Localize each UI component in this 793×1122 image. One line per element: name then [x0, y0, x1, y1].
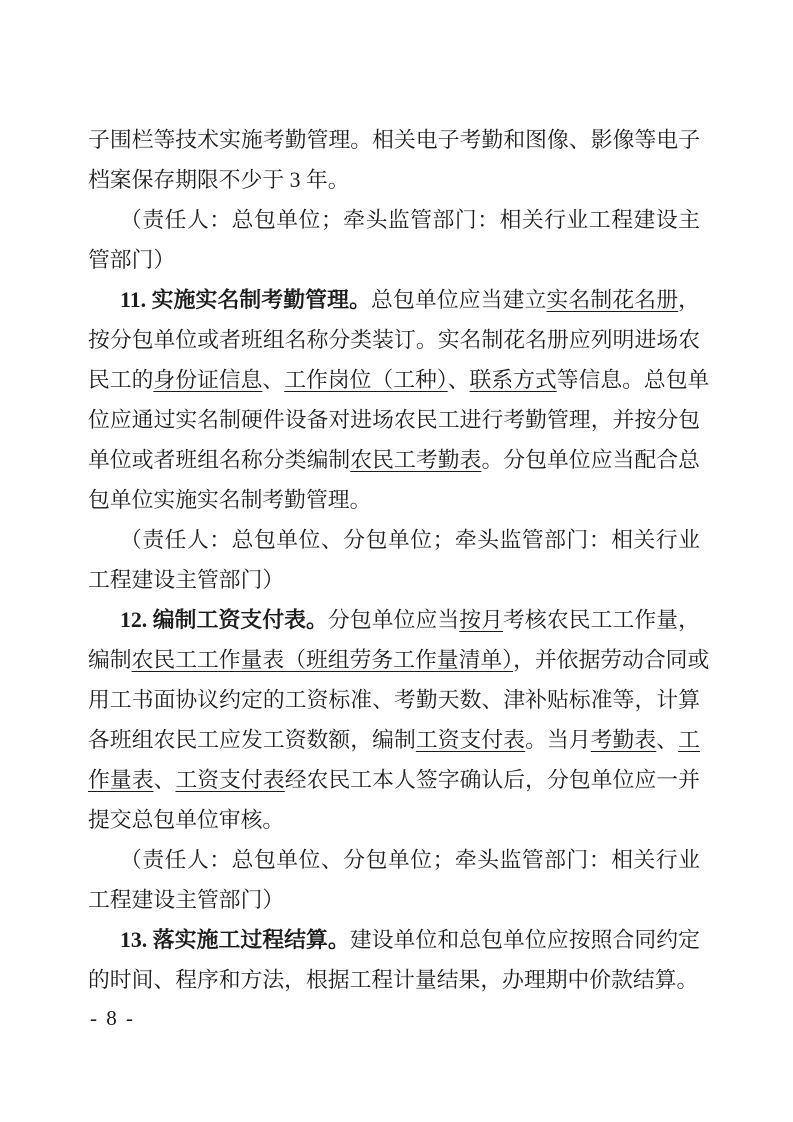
text-run: ，并依据劳动合同或 — [513, 648, 709, 672]
page-number: - 8 - — [90, 1004, 135, 1032]
underlined-run: 农民工考勤表 — [350, 448, 481, 472]
text-run: 。分包单位应当配合总 — [481, 448, 700, 472]
text-line: 位应通过实名制硬件设备对进场农民工进行考勤管理，并按分包 — [88, 400, 700, 440]
text-line: 13. 落实施工过程结算。建设单位和总包单位应按照合同约定 — [88, 920, 700, 960]
text-line: （责任人：总包单位、分包单位；牵头监管部门：相关行业 — [88, 520, 700, 560]
text-run: 、 — [262, 368, 284, 392]
underlined-run: 工资支付表 — [416, 728, 525, 752]
text-line: 档案保存期限不少于 3 年。 — [88, 160, 700, 200]
text-line: 民工的身份证信息、工作岗位（工种）、联系方式等信息。总包单 — [88, 360, 700, 400]
text-run: 建设单位和总包单位应按照合同约定 — [350, 928, 700, 952]
text-run: 考核农民工工作量， — [503, 608, 700, 632]
text-line: 编制农民工工作量表（班组劳务工作量清单），并依据劳动合同或 — [88, 640, 700, 680]
heading-run: 13. 落实施工过程结算。 — [120, 928, 350, 952]
text-run: 。当月 — [525, 728, 591, 752]
text-run: 单位或者班组名称分类编制 — [88, 448, 350, 472]
text-run: 提交总包单位审核。 — [88, 808, 284, 832]
text-run: （责任人：总包单位、分包单位；牵头监管部门：相关行业 — [120, 528, 700, 552]
document-body: 子围栏等技术实施考勤管理。相关电子考勤和图像、影像等电子档案保存期限不少于 3 … — [88, 120, 700, 1000]
text-run: 按分包单位或者班组名称分类装订。实名制花名册应列明进场农 — [88, 328, 700, 352]
text-line: 用工书面协议约定的工资标准、考勤天数、津补贴标准等，计算 — [88, 680, 700, 720]
text-line: 工程建设主管部门） — [88, 880, 700, 920]
underlined-run: 工作岗位（工种） — [284, 368, 447, 392]
text-run: 位应通过实名制硬件设备对进场农民工进行考勤管理，并按分包 — [88, 408, 700, 432]
text-run: 、 — [448, 368, 470, 392]
heading-run: 11. 实施实名制考勤管理。 — [120, 288, 371, 312]
text-run: 民工的 — [88, 368, 153, 392]
text-run: 子围栏等技术实施考勤管理。相关电子考勤和图像、影像等电子 — [88, 128, 700, 152]
text-run: 经农民工本人签字确认后，分包单位应一并 — [285, 768, 700, 792]
text-run: （责任人：总包单位；牵头监管部门：相关行业工程建设主 — [120, 208, 700, 232]
text-run: 的时间、程序和方法，根据工程计量结果，办理期中价款结算。 — [88, 968, 698, 992]
text-line: 工程建设主管部门） — [88, 560, 700, 600]
underlined-run: 工资支付表 — [175, 768, 284, 792]
underlined-run: 工 — [678, 728, 700, 752]
text-line: 提交总包单位审核。 — [88, 800, 700, 840]
text-line: （责任人：总包单位、分包单位；牵头监管部门：相关行业 — [88, 840, 700, 880]
text-run: ， — [678, 288, 700, 312]
text-line: 按分包单位或者班组名称分类装订。实名制花名册应列明进场农 — [88, 320, 700, 360]
underlined-run: 农民工工作量表（班组劳务工作量清单） — [132, 648, 513, 672]
text-line: 子围栏等技术实施考勤管理。相关电子考勤和图像、影像等电子 — [88, 120, 700, 160]
text-line: 11. 实施实名制考勤管理。总包单位应当建立实名制花名册， — [88, 280, 700, 320]
text-run: 总包单位应当建立 — [371, 288, 547, 312]
document-page: { "page": { "number": "- 8 -", "lines": … — [0, 0, 793, 1122]
text-run: 、 — [656, 728, 678, 752]
text-line: 各班组农民工应发工资数额，编制工资支付表。当月考勤表、工 — [88, 720, 700, 760]
underlined-run: 考勤表 — [591, 728, 657, 752]
underlined-run: 联系方式 — [470, 368, 557, 392]
underlined-run: 身份证信息 — [153, 368, 262, 392]
text-run: 工程建设主管部门） — [88, 888, 284, 912]
text-run: 工程建设主管部门） — [88, 568, 284, 592]
underlined-run: 按月 — [459, 608, 503, 632]
text-line: 作量表、工资支付表经农民工本人签字确认后，分包单位应一并 — [88, 760, 700, 800]
text-line: 的时间、程序和方法，根据工程计量结果，办理期中价款结算。 — [88, 960, 700, 1000]
text-line: 12. 编制工资支付表。分包单位应当按月考核农民工工作量， — [88, 600, 700, 640]
text-run: （责任人：总包单位、分包单位；牵头监管部门：相关行业 — [120, 848, 700, 872]
text-run: 用工书面协议约定的工资标准、考勤天数、津补贴标准等，计算 — [88, 688, 700, 712]
underlined-run: 实名制花名册 — [547, 288, 679, 312]
text-run: 档案保存期限不少于 3 年。 — [88, 168, 350, 192]
text-line: 管部门） — [88, 240, 700, 280]
text-run: 管部门） — [88, 248, 175, 272]
text-run: 、 — [154, 768, 176, 792]
text-run: 各班组农民工应发工资数额，编制 — [88, 728, 416, 752]
text-run: 等信息。总包单 — [557, 368, 710, 392]
text-run: 包单位实施实名制考勤管理。 — [88, 488, 371, 512]
text-run: 编制 — [88, 648, 132, 672]
underlined-run: 作量表 — [88, 768, 154, 792]
text-line: 包单位实施实名制考勤管理。 — [88, 480, 700, 520]
text-line: （责任人：总包单位；牵头监管部门：相关行业工程建设主 — [88, 200, 700, 240]
heading-run: 12. 编制工资支付表。 — [120, 608, 328, 632]
text-line: 单位或者班组名称分类编制农民工考勤表。分包单位应当配合总 — [88, 440, 700, 480]
text-run: 分包单位应当 — [328, 608, 459, 632]
